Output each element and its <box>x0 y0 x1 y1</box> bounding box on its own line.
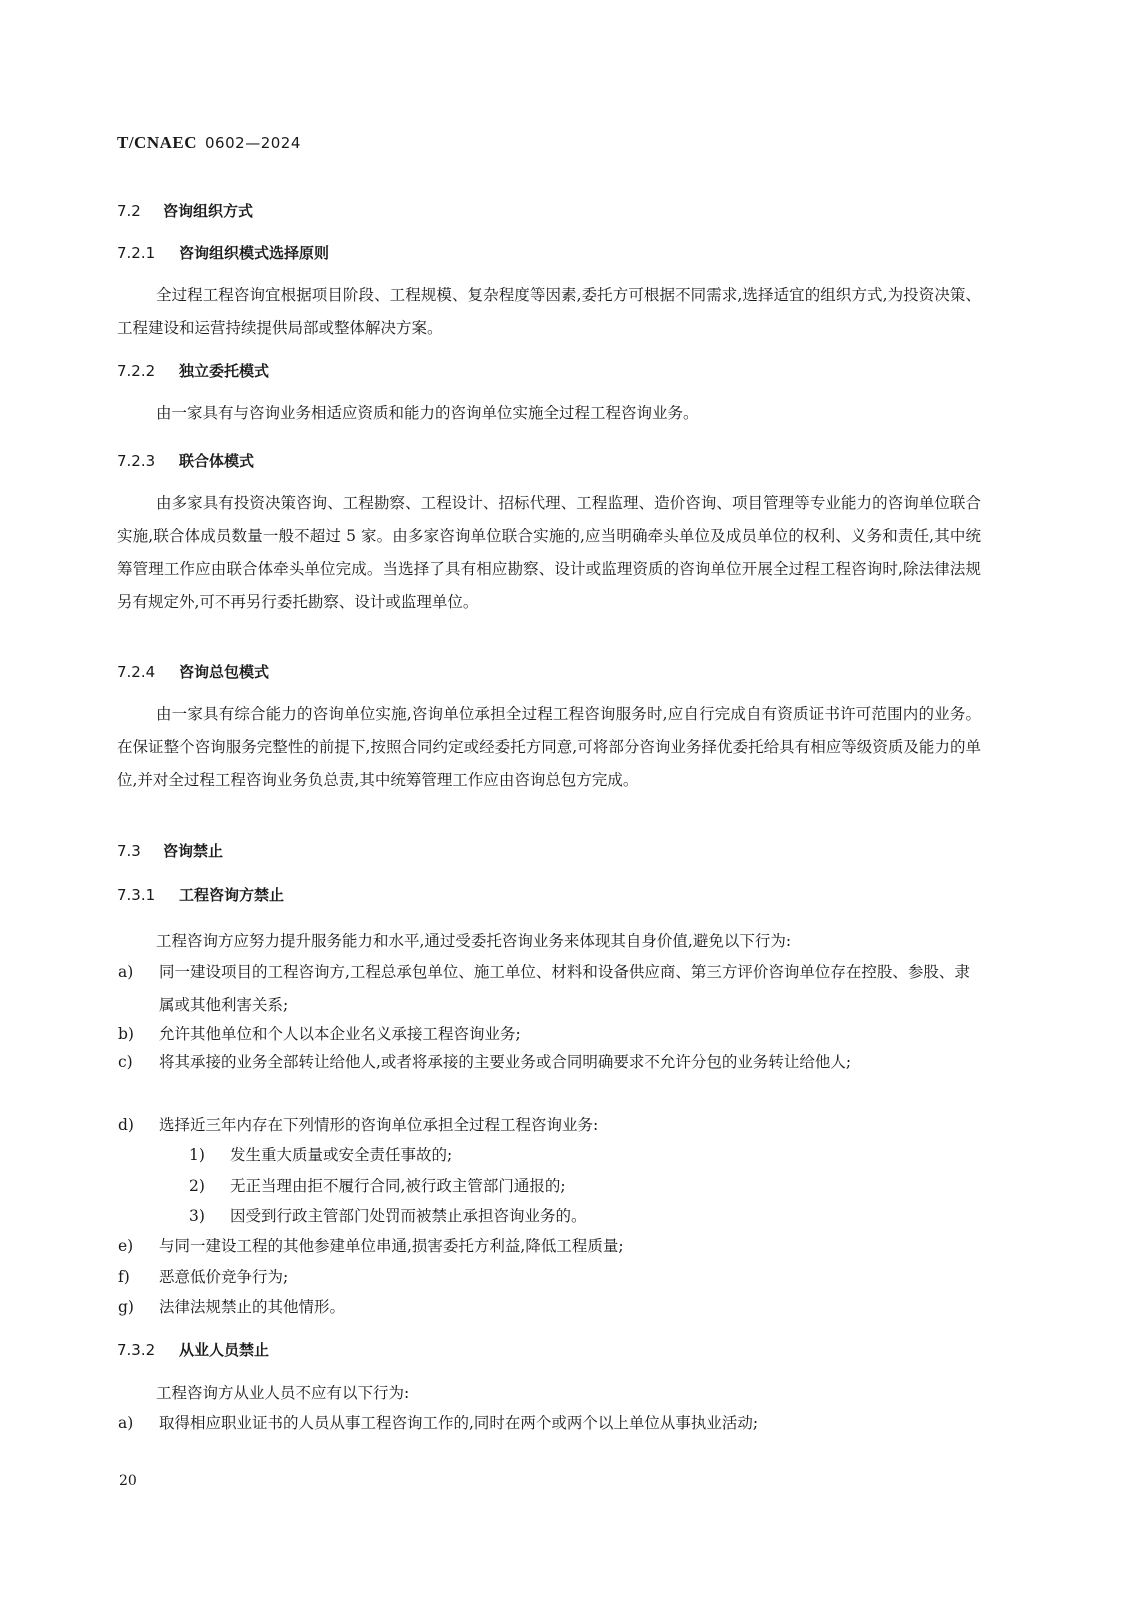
section-heading-7-2-4: 7.2.4咨询总包模式 <box>117 661 269 682</box>
paragraph-7-2-4: 由一家具有综合能力的咨询单位实施,咨询单位承担全过程工程咨询服务时,应自行完成自… <box>117 698 981 797</box>
section-heading-7-3-2: 7.3.2从业人员禁止 <box>117 1339 269 1360</box>
list-item-g: g)法律法规禁止的其他情形。 <box>159 1291 979 1324</box>
document-page: T/CNAEC0602—2024 7.2咨询组织方式 7.2.1咨询组织模式选择… <box>0 0 1131 1600</box>
list-item-c: c)将其承接的业务全部转让给他人,或者将承接的主要业务或合同明确要求不允许分包的… <box>159 1046 979 1079</box>
paragraph-7-3-2-intro: 工程咨询方从业人员不应有以下行为: <box>117 1377 981 1410</box>
section-heading-7-2-1: 7.2.1咨询组织模式选择原则 <box>117 242 329 263</box>
section-heading-7-2-2: 7.2.2独立委托模式 <box>117 360 269 381</box>
list-item-a: a)同一建设项目的工程咨询方,工程总承包单位、施工单位、材料和设备供应商、第三方… <box>159 956 979 1022</box>
list-item-d: d)选择近三年内存在下列情形的咨询单位承担全过程工程咨询业务: <box>159 1109 979 1142</box>
standard-code: T/CNAEC <box>117 133 197 152</box>
paragraph-7-3-1-intro: 工程咨询方应努力提升服务能力和水平,通过受委托咨询业务来体现其自身价值,避免以下… <box>117 925 981 958</box>
standard-identifier: T/CNAEC0602—2024 <box>117 133 301 153</box>
sub-list-item-2: 2)无正当理由拒不履行合同,被行政主管部门通报的; <box>230 1170 980 1203</box>
section-heading-7-3-1: 7.3.1工程咨询方禁止 <box>117 884 284 905</box>
list-item-f: f)恶意低价竞争行为; <box>159 1261 979 1294</box>
sub-list-item-3: 3)因受到行政主管部门处罚而被禁止承担咨询业务的。 <box>230 1200 980 1233</box>
page-number: 20 <box>119 1473 137 1489</box>
paragraph-7-2-2: 由一家具有与咨询业务相适应资质和能力的咨询单位实施全过程工程咨询业务。 <box>117 397 981 430</box>
list-item-e: e)与同一建设工程的其他参建单位串通,损害委托方利益,降低工程质量; <box>159 1230 979 1263</box>
sub-list-item-1: 1)发生重大质量或安全责任事故的; <box>230 1139 980 1172</box>
section-heading-7-3: 7.3咨询禁止 <box>117 840 223 861</box>
standard-number: 0602—2024 <box>205 134 301 152</box>
list-item-a-personnel: a)取得相应职业证书的人员从事工程咨询工作的,同时在两个或两个以上单位从事执业活… <box>159 1407 979 1440</box>
section-heading-7-2-3: 7.2.3联合体模式 <box>117 450 254 471</box>
paragraph-7-2-1: 全过程工程咨询宜根据项目阶段、工程规模、复杂程度等因素,委托方可根据不同需求,选… <box>117 279 981 345</box>
section-heading-7-2: 7.2咨询组织方式 <box>117 200 253 221</box>
paragraph-7-2-3: 由多家具有投资决策咨询、工程勘察、工程设计、招标代理、工程监理、造价咨询、项目管… <box>117 487 981 619</box>
